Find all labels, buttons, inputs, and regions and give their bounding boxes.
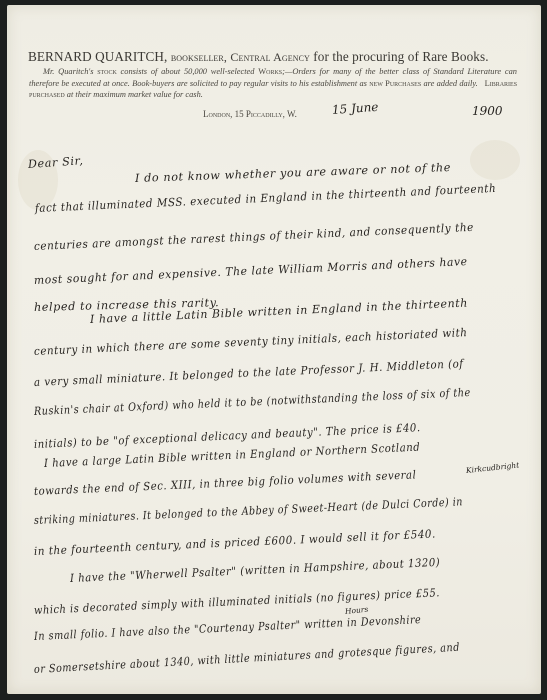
letterhead-text: new Purchases — [369, 79, 421, 88]
letterhead-name: BERNARD QUARITCH, — [28, 49, 167, 64]
letterhead-tagline: for the procuring of Rare Books. — [313, 49, 488, 64]
letterhead-description: Mr. Quaritch's stock consists of about 5… — [29, 66, 517, 101]
letterhead-address: London, 15 Piccadilly, W. — [203, 109, 297, 119]
letterhead-text: at their maximum market value for cash. — [67, 90, 203, 99]
letterhead-text: Mr. Quaritch's — [43, 67, 93, 76]
letterhead-trade: bookseller, — [171, 50, 227, 64]
letterhead-text: Works — [258, 67, 282, 76]
letterhead-text: stock — [97, 67, 117, 76]
letterhead-text: are added daily. — [423, 79, 477, 88]
date-year: 1900 — [472, 104, 503, 118]
letterhead-title: BERNARD QUARITCH, bookseller, Central Ag… — [28, 49, 528, 65]
letterhead-text: consists of about 50,000 well-selected — [121, 67, 255, 76]
letterhead-agency: Central Agency — [230, 50, 310, 64]
